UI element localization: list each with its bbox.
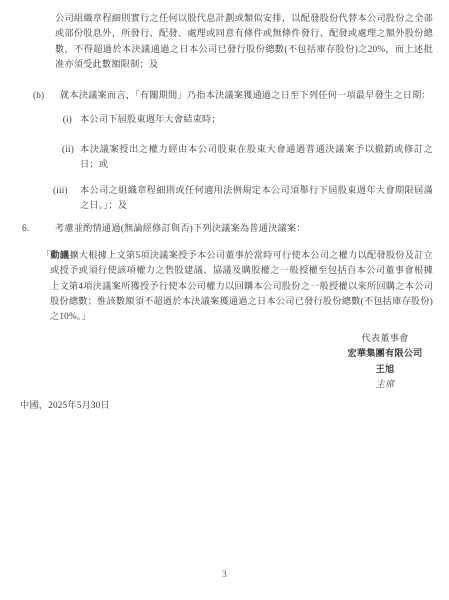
- sub-item-i-text: 本公司下屆股東週年大會結束時；: [80, 112, 433, 127]
- item-6-label: 6.: [22, 221, 55, 236]
- sub-item-iii: (iii) 本公司之組織章程細則或任何適用法例規定本公司須舉行下屆股東週年大會期…: [53, 183, 433, 214]
- sub-item-ii-label: (ii): [53, 142, 80, 157]
- document-page: 公司組織章程細則實行之任何以股代息計劃或類似安排，以配發股份代替本公司股份之全部…: [0, 0, 449, 600]
- item-b: (b) 就本決議案而言，「有關期間」乃指本決議案獲通過之日至下列任何一項最早發生…: [33, 88, 433, 103]
- sub-item-ii-text: 本決議案授出之權力經由本公司股東在股東大會通過普通決議案予以撤銷或修訂之日；或: [80, 142, 433, 173]
- item-6-text: 考慮並酌情通過(無論經修訂與否)下列決議案為普通決議案：: [55, 221, 433, 236]
- item-6: 6. 考慮並酌情通過(無論經修訂與否)下列決議案為普通決議案：: [22, 221, 433, 236]
- sub-item-iii-text: 本公司之組織章程細則或任何適用法例規定本公司須舉行下屆股東週年大會期限屆滿之日。…: [80, 183, 433, 214]
- item-b-label: (b): [33, 88, 60, 103]
- signature-title: 主席: [325, 377, 445, 392]
- sub-item-i-label: (i): [53, 112, 80, 127]
- signature-company: 宏華集團有限公司: [325, 346, 445, 361]
- sub-item-i: (i) 本公司下屆股東週年大會結束時；: [53, 112, 433, 127]
- sub-item-iii-label: (iii): [53, 183, 80, 198]
- signature-block: 代表董事會 宏華集團有限公司 王旭 主席: [325, 331, 445, 392]
- resolution-quote: 「動議擴大根據上文第5項決議案授予本公司董事於當時可行使本公司之權力以配發股份及…: [50, 248, 433, 324]
- resolution-motion-word: 動議: [50, 250, 69, 260]
- signature-on-behalf: 代表董事會: [325, 331, 445, 346]
- paragraph-a-continuation: 公司組織章程細則實行之任何以股代息計劃或類似安排，以配發股份代替本公司股份之全部…: [55, 11, 433, 72]
- resolution-text: 擴大根據上文第5項決議案授予本公司董事於當時可行使本公司之權力以配發股份及訂立或…: [50, 250, 433, 321]
- sub-item-ii: (ii) 本決議案授出之權力經由本公司股東在股東大會通過普通決議案予以撤銷或修訂…: [53, 142, 433, 173]
- page-number: 3: [0, 567, 449, 582]
- dateline: 中國，2025年5月30日: [20, 398, 110, 413]
- item-b-text: 就本決議案而言，「有關期間」乃指本決議案獲通過之日至下列任何一項最早發生之日期：: [60, 88, 433, 103]
- signature-name: 王旭: [325, 362, 445, 377]
